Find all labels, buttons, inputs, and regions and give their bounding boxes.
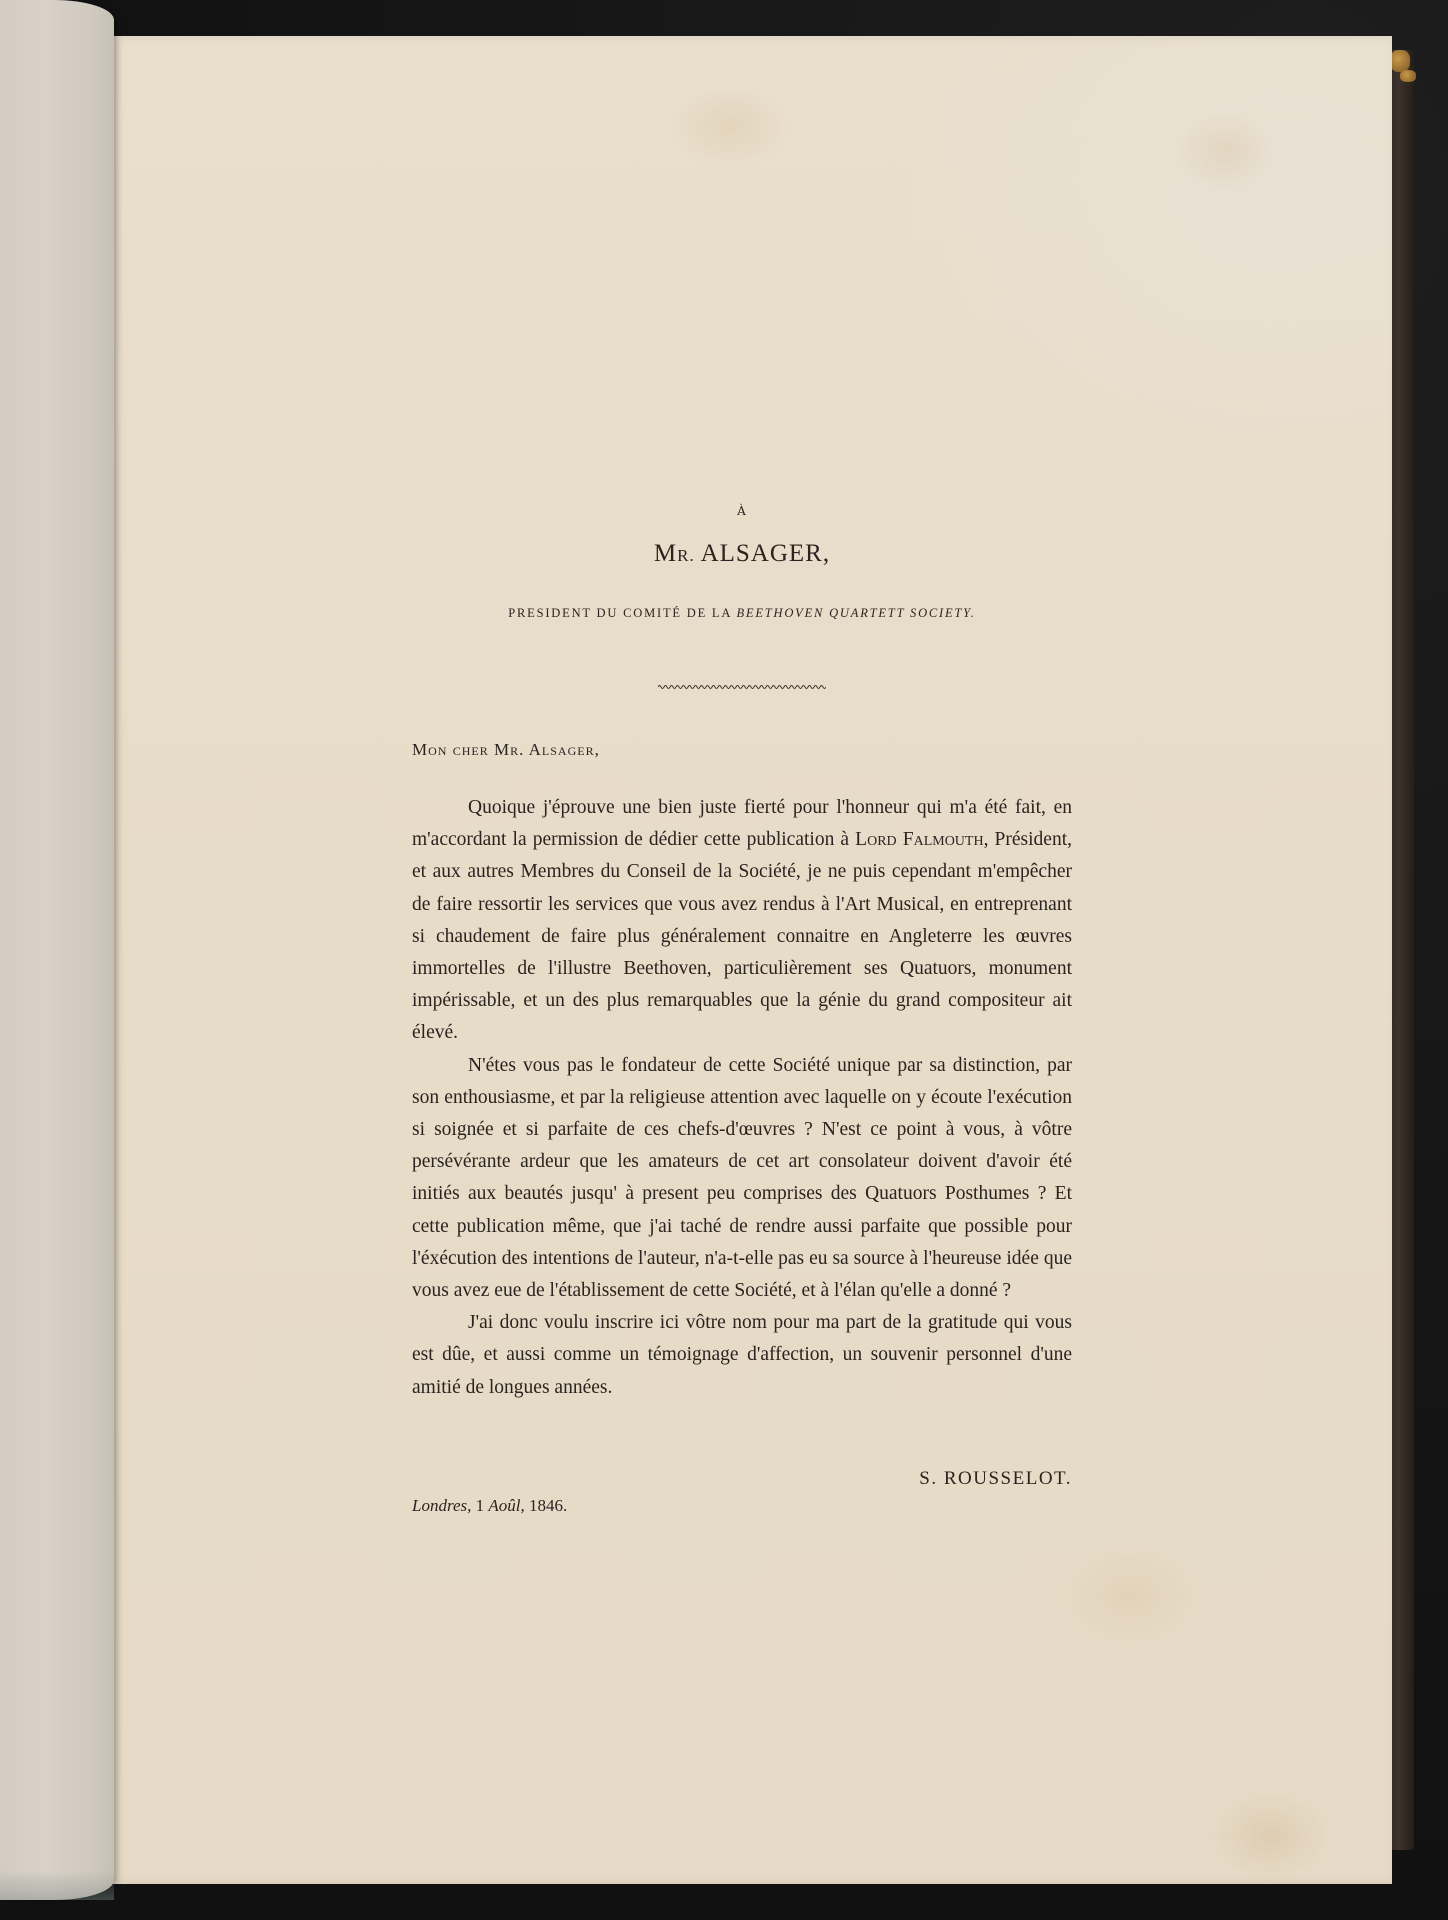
- book-page: À MR. ALSAGER, PRESIDENT DU COMITÉ DE LA…: [110, 36, 1392, 1884]
- recipient-prefix: M: [654, 540, 677, 567]
- letter-paragraph-1: Quoique j'éprouve une bien juste fierté …: [412, 792, 1072, 1050]
- recipient-title-prefix: PRESIDENT DU COMITÉ DE LA: [508, 606, 731, 620]
- letter-paragraph-3: J'ai donc voulu inscrire ici vôtre nom p…: [412, 1307, 1072, 1404]
- paragraph-1-text-end: , Président, et aux autres Membres du Co…: [412, 829, 1072, 1043]
- dedication-recipient: MR. ALSAGER,: [412, 540, 1072, 568]
- recipient-prefix-smallcaps: R.: [677, 546, 695, 565]
- date-year: 1846.: [529, 1496, 567, 1515]
- wavy-divider-ornament: [658, 684, 826, 690]
- lord-falmouth-name: Lord Falmouth: [855, 829, 983, 850]
- binding-headband-knot: [1400, 70, 1416, 82]
- facing-page-left: [0, 0, 114, 1900]
- date-city: Londres,: [412, 1496, 471, 1515]
- date-day: 1: [476, 1496, 485, 1515]
- letter-body: Quoique j'éprouve une bien juste fierté …: [412, 792, 1072, 1404]
- date-month: Aoûl,: [488, 1496, 524, 1515]
- binding-headband: [1390, 50, 1410, 72]
- recipient-name: ALSAGER,: [701, 540, 831, 567]
- dedication-preposition: À: [412, 504, 1072, 518]
- letter-dateline: Londres, 1 Aoûl, 1846.: [412, 1496, 567, 1516]
- letter-signature: S. ROUSSELOT.: [919, 1468, 1072, 1490]
- society-name: BEETHOVEN QUARTETT SOCIETY.: [736, 606, 975, 620]
- recipient-title: PRESIDENT DU COMITÉ DE LA BEETHOVEN QUAR…: [412, 606, 1072, 621]
- letter-paragraph-2: N'étes vous pas le fondateur de cette So…: [412, 1050, 1072, 1308]
- letter-salutation: Mon cher Mr. Alsager,: [412, 740, 600, 760]
